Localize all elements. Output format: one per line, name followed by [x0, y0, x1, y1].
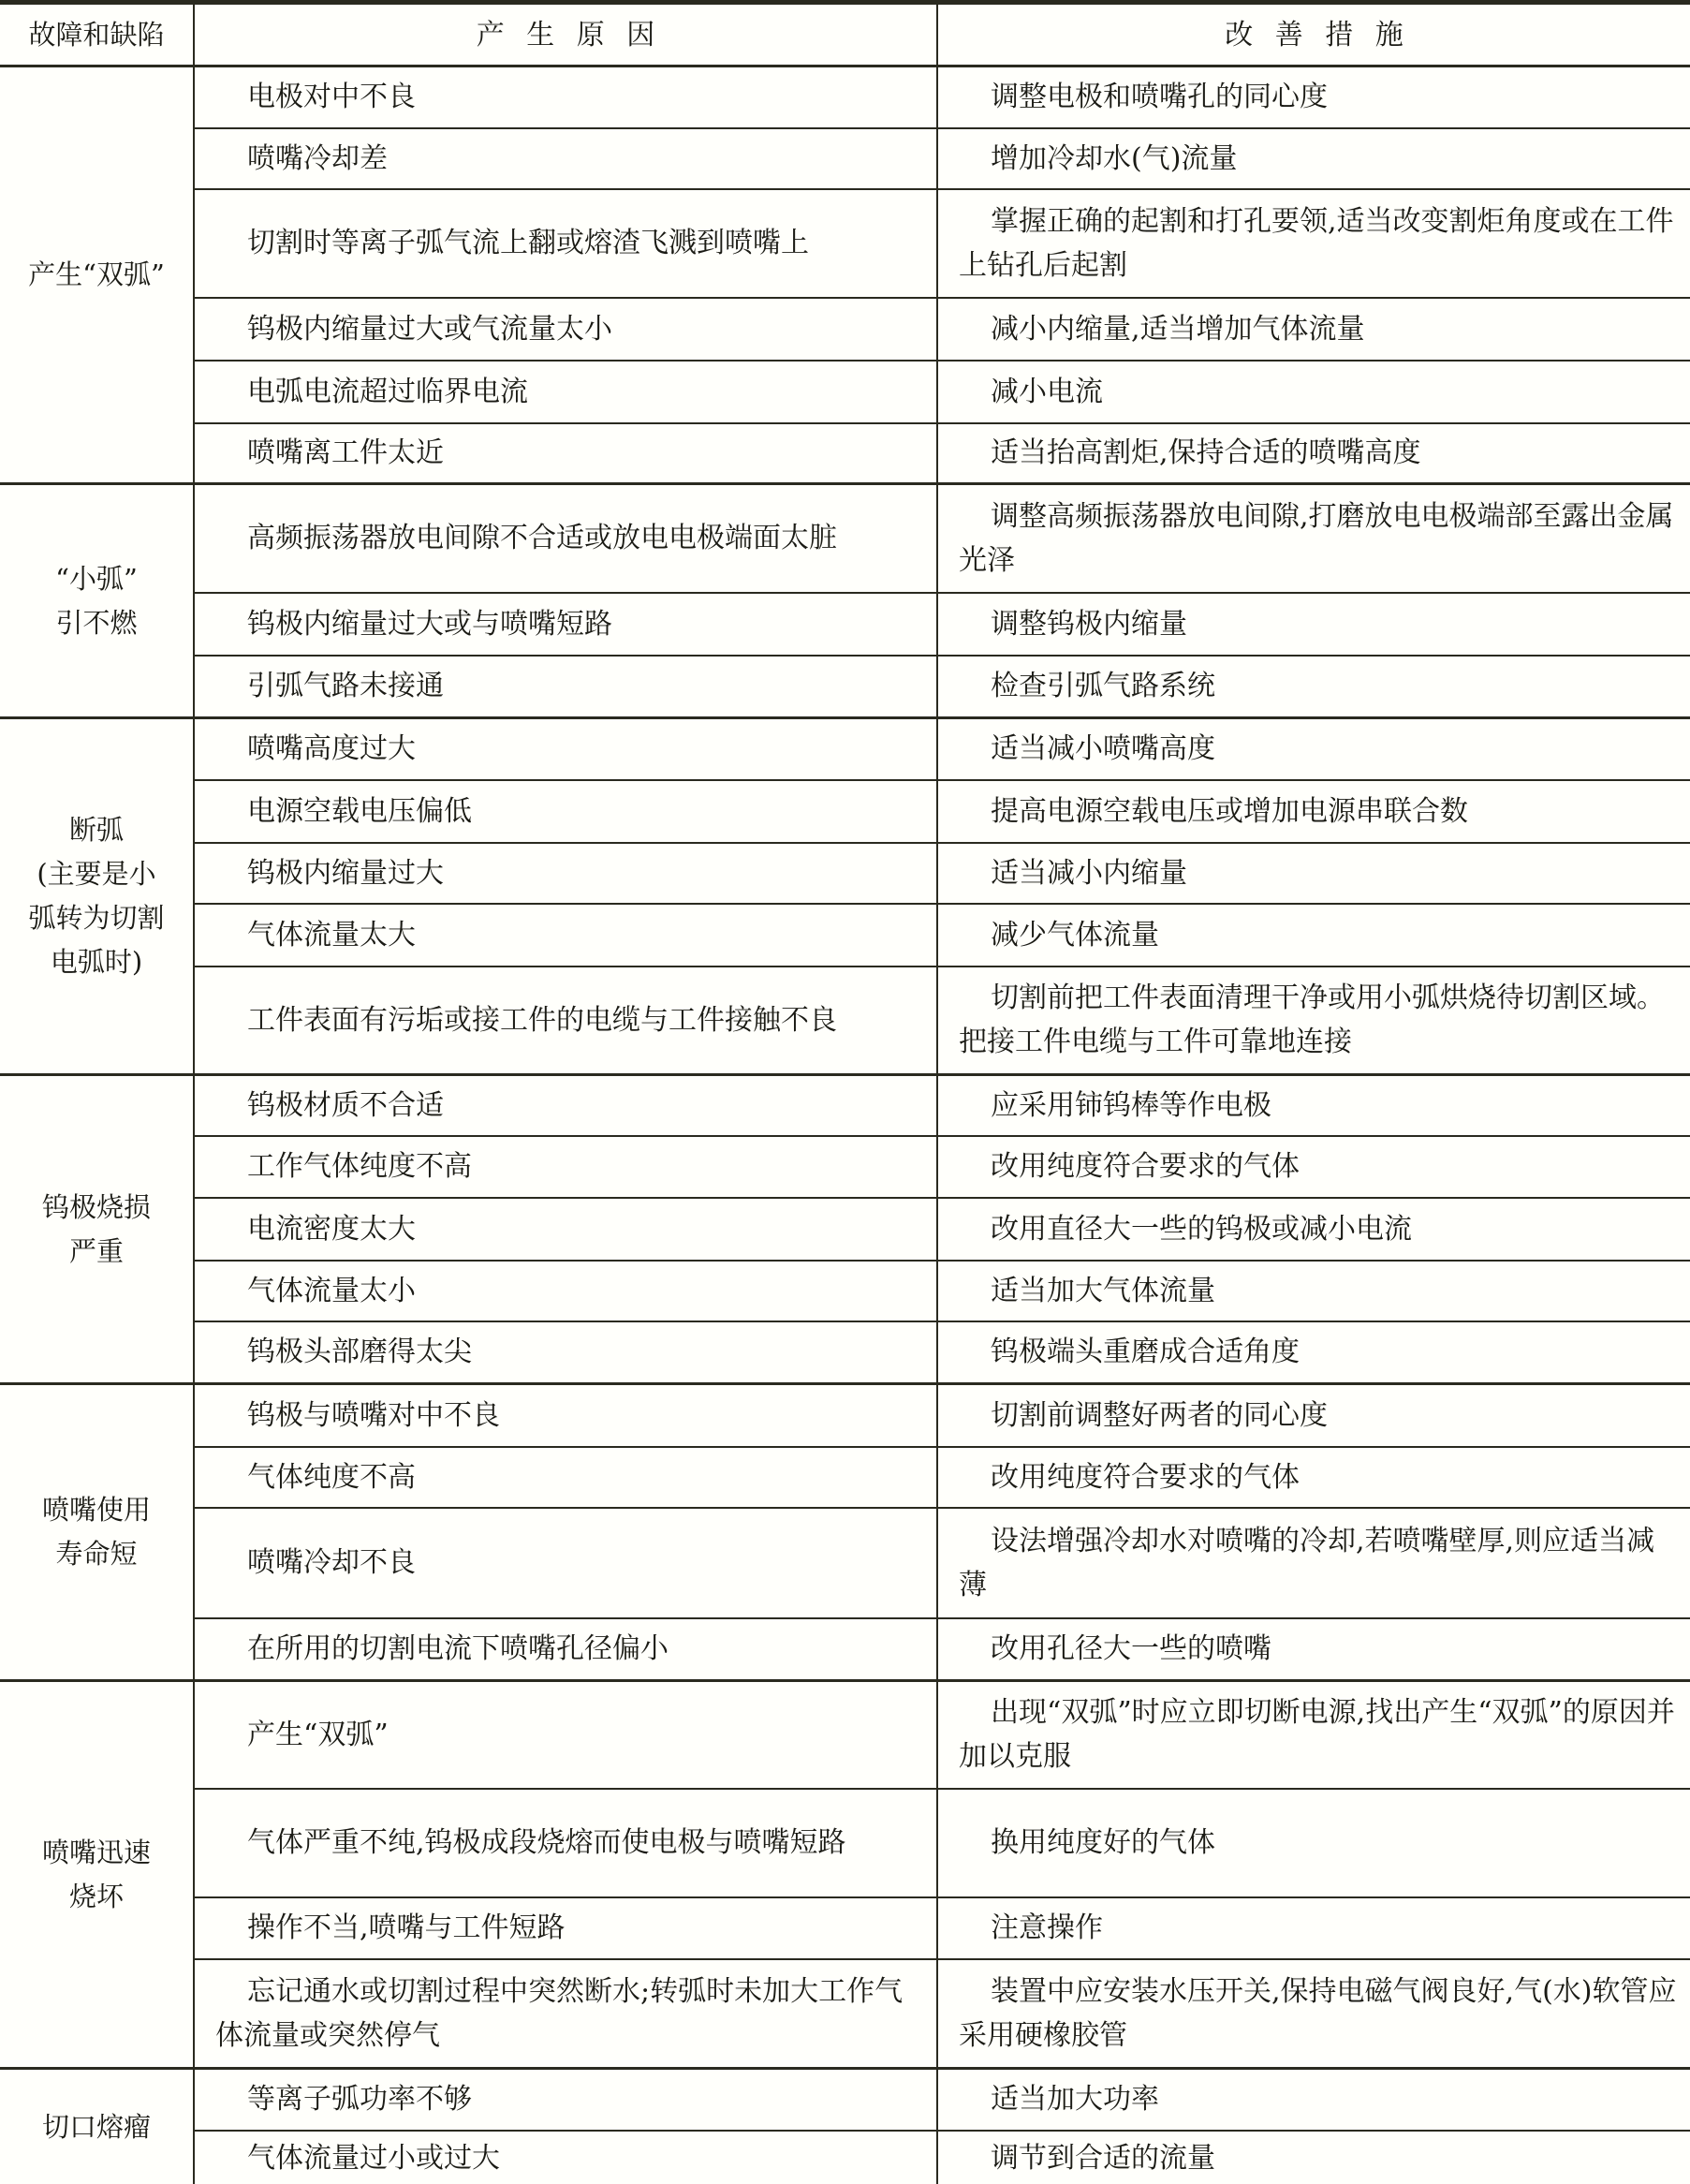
table-row: 断弧(主要是小弧转为切割电弧时)喷嘴高度过大适当减小喷嘴高度 — [0, 718, 1690, 780]
cause-cell: 气体纯度不高 — [194, 1447, 937, 1508]
cause-cell: 电流密度太大 — [194, 1198, 937, 1261]
remedy-cell: 注意操作 — [937, 1897, 1690, 1959]
cause-cell: 气体严重不纯,钨极成段烧熔而使电极与喷嘴短路 — [194, 1789, 937, 1897]
cause-cell: 高频振荡器放电间隙不合适或放电电极端面太脏 — [194, 484, 937, 593]
remedy-cell: 减少气体流量 — [937, 904, 1690, 967]
remedy-cell: 适当减小喷嘴高度 — [937, 718, 1690, 780]
remedy-cell: 检查引弧气路系统 — [937, 656, 1690, 718]
remedy-cell: 调整钨极内缩量 — [937, 593, 1690, 656]
cause-cell: 操作不当,喷嘴与工件短路 — [194, 1897, 937, 1959]
remedy-cell: 钨极端头重磨成合适角度 — [937, 1321, 1690, 1384]
fault-category-line: 断弧 — [6, 808, 187, 852]
table-row: 钨极烧损严重钨极材质不合适应采用铈钨棒等作电极 — [0, 1075, 1690, 1136]
cause-cell: 电极对中不良 — [194, 66, 937, 128]
remedy-cell: 切割前把工件表面清理干净或用小弧烘烧待切割区域。把接工件电缆与工件可靠地连接 — [937, 967, 1690, 1075]
fault-category-line: 烧坏 — [6, 1875, 187, 1919]
table-row: 气体流量太小适当加大气体流量 — [0, 1261, 1690, 1321]
cause-cell: 工作气体纯度不高 — [194, 1136, 937, 1198]
table-row: 钨极内缩量过大适当减小内缩量 — [0, 843, 1690, 904]
table-row: 气体流量太大减少气体流量 — [0, 904, 1690, 967]
fault-category-line: 引不燃 — [6, 601, 187, 645]
cause-cell: 工件表面有污垢或接工件的电缆与工件接触不良 — [194, 967, 937, 1075]
remedy-cell: 换用纯度好的气体 — [937, 1789, 1690, 1897]
fault-category-line: (主要是小 — [6, 852, 187, 896]
column-header-remedy: 改 善 措 施 — [937, 3, 1690, 66]
cause-cell: 引弧气路未接通 — [194, 656, 937, 718]
cause-cell: 忘记通水或切割过程中突然断水;转弧时未加大工作气体流量或突然停气 — [194, 1959, 937, 2069]
cause-cell: 切割时等离子弧气流上翻或熔渣飞溅到喷嘴上 — [194, 189, 937, 298]
table-row: 气体流量过小或过大调节到合适的流量 — [0, 2131, 1690, 2184]
table-row: 切口熔瘤等离子弧功率不够适当加大功率 — [0, 2069, 1690, 2131]
remedy-cell: 调整高频振荡器放电间隙,打磨放电电极端部至露出金属光泽 — [937, 484, 1690, 593]
cause-cell: 电弧电流超过临界电流 — [194, 361, 937, 423]
table-header-row: 故障和缺陷 产 生 原 因 改 善 措 施 — [0, 3, 1690, 66]
table-row: 喷嘴冷却不良设法增强冷却水对喷嘴的冷却,若喷嘴壁厚,则应适当减薄 — [0, 1508, 1690, 1618]
table-row: 气体严重不纯,钨极成段烧熔而使电极与喷嘴短路换用纯度好的气体 — [0, 1789, 1690, 1897]
fault-category-line: 钨极烧损 — [6, 1186, 187, 1230]
cause-cell: 电源空载电压偏低 — [194, 780, 937, 843]
fault-category-line: “小弧” — [6, 557, 187, 601]
remedy-cell: 装置中应安装水压开关,保持电磁气阀良好,气(水)软管应采用硬橡胶管 — [937, 1959, 1690, 2069]
fault-category-line: 严重 — [6, 1230, 187, 1274]
remedy-cell: 适当抬高割炬,保持合适的喷嘴高度 — [937, 423, 1690, 484]
column-header-fault: 故障和缺陷 — [0, 3, 194, 66]
fault-category-cell: 钨极烧损严重 — [0, 1075, 194, 1384]
table-row: “小弧”引不燃高频振荡器放电间隙不合适或放电电极端面太脏调整高频振荡器放电间隙,… — [0, 484, 1690, 593]
table-row: 喷嘴离工件太近适当抬高割炬,保持合适的喷嘴高度 — [0, 423, 1690, 484]
cause-cell: 气体流量太小 — [194, 1261, 937, 1321]
column-header-cause: 产 生 原 因 — [194, 3, 937, 66]
remedy-cell: 减小电流 — [937, 361, 1690, 423]
table-row: 工件表面有污垢或接工件的电缆与工件接触不良切割前把工件表面清理干净或用小弧烘烧待… — [0, 967, 1690, 1075]
fault-category-cell: 断弧(主要是小弧转为切割电弧时) — [0, 718, 194, 1075]
table-row: 工作气体纯度不高改用纯度符合要求的气体 — [0, 1136, 1690, 1198]
remedy-cell: 适当减小内缩量 — [937, 843, 1690, 904]
fault-category-line: 寿命短 — [6, 1532, 187, 1576]
fault-category-line: 弧转为切割 — [6, 896, 187, 940]
remedy-cell: 适当加大气体流量 — [937, 1261, 1690, 1321]
fault-table: 故障和缺陷 产 生 原 因 改 善 措 施 产生“双弧”电极对中不良调整电极和喷… — [0, 0, 1690, 2184]
cause-cell: 喷嘴离工件太近 — [194, 423, 937, 484]
table-row: 钨极头部磨得太尖钨极端头重磨成合适角度 — [0, 1321, 1690, 1384]
table-body: 产生“双弧”电极对中不良调整电极和喷嘴孔的同心度喷嘴冷却差增加冷却水(气)流量切… — [0, 66, 1690, 2184]
cause-cell: 喷嘴高度过大 — [194, 718, 937, 780]
cause-cell: 钨极内缩量过大或与喷嘴短路 — [194, 593, 937, 656]
table-row: 产生“双弧”电极对中不良调整电极和喷嘴孔的同心度 — [0, 66, 1690, 128]
cause-cell: 钨极与喷嘴对中不良 — [194, 1384, 937, 1447]
table-row: 喷嘴使用寿命短钨极与喷嘴对中不良切割前调整好两者的同心度 — [0, 1384, 1690, 1447]
cause-cell: 气体流量过小或过大 — [194, 2131, 937, 2184]
remedy-cell: 改用纯度符合要求的气体 — [937, 1447, 1690, 1508]
fault-category-cell: 喷嘴迅速烧坏 — [0, 1681, 194, 2069]
remedy-cell: 出现“双弧”时应立即切断电源,找出产生“双弧”的原因并加以克服 — [937, 1681, 1690, 1789]
remedy-cell: 改用孔径大一些的喷嘴 — [937, 1618, 1690, 1681]
cause-cell: 钨极内缩量过大 — [194, 843, 937, 904]
table-row: 电弧电流超过临界电流减小电流 — [0, 361, 1690, 423]
table-row: 引弧气路未接通检查引弧气路系统 — [0, 656, 1690, 718]
remedy-cell: 调整电极和喷嘴孔的同心度 — [937, 66, 1690, 128]
cause-cell: 钨极材质不合适 — [194, 1075, 937, 1136]
table-row: 钨极内缩量过大或气流量太小减小内缩量,适当增加气体流量 — [0, 298, 1690, 361]
remedy-cell: 设法增强冷却水对喷嘴的冷却,若喷嘴壁厚,则应适当减薄 — [937, 1508, 1690, 1618]
remedy-cell: 减小内缩量,适当增加气体流量 — [937, 298, 1690, 361]
fault-category-line: 喷嘴迅速 — [6, 1831, 187, 1875]
remedy-cell: 增加冷却水(气)流量 — [937, 128, 1690, 189]
cause-cell: 钨极内缩量过大或气流量太小 — [194, 298, 937, 361]
remedy-cell: 改用直径大一些的钨极或减小电流 — [937, 1198, 1690, 1261]
table-row: 电源空载电压偏低提高电源空载电压或增加电源串联合数 — [0, 780, 1690, 843]
cause-cell: 喷嘴冷却差 — [194, 128, 937, 189]
table-row: 喷嘴冷却差增加冷却水(气)流量 — [0, 128, 1690, 189]
remedy-cell: 切割前调整好两者的同心度 — [937, 1384, 1690, 1447]
fault-category-cell: 喷嘴使用寿命短 — [0, 1384, 194, 1681]
fault-category-cell: “小弧”引不燃 — [0, 484, 194, 718]
remedy-cell: 应采用铈钨棒等作电极 — [937, 1075, 1690, 1136]
table-row: 电流密度太大改用直径大一些的钨极或减小电流 — [0, 1198, 1690, 1261]
cause-cell: 在所用的切割电流下喷嘴孔径偏小 — [194, 1618, 937, 1681]
remedy-cell: 改用纯度符合要求的气体 — [937, 1136, 1690, 1198]
table-row: 气体纯度不高改用纯度符合要求的气体 — [0, 1447, 1690, 1508]
fault-category-line: 电弧时) — [6, 940, 187, 984]
table-row: 在所用的切割电流下喷嘴孔径偏小改用孔径大一些的喷嘴 — [0, 1618, 1690, 1681]
table-row: 钨极内缩量过大或与喷嘴短路调整钨极内缩量 — [0, 593, 1690, 656]
table-row: 喷嘴迅速烧坏产生“双弧”出现“双弧”时应立即切断电源,找出产生“双弧”的原因并加… — [0, 1681, 1690, 1789]
cause-cell: 钨极头部磨得太尖 — [194, 1321, 937, 1384]
remedy-cell: 适当加大功率 — [937, 2069, 1690, 2131]
remedy-cell: 调节到合适的流量 — [937, 2131, 1690, 2184]
cause-cell: 气体流量太大 — [194, 904, 937, 967]
table-row: 忘记通水或切割过程中突然断水;转弧时未加大工作气体流量或突然停气装置中应安装水压… — [0, 1959, 1690, 2069]
table-row: 操作不当,喷嘴与工件短路注意操作 — [0, 1897, 1690, 1959]
fault-category-line: 喷嘴使用 — [6, 1488, 187, 1532]
fault-category-cell: 切口熔瘤 — [0, 2069, 194, 2184]
cause-cell: 喷嘴冷却不良 — [194, 1508, 937, 1618]
cause-cell: 等离子弧功率不够 — [194, 2069, 937, 2131]
cause-cell: 产生“双弧” — [194, 1681, 937, 1789]
remedy-cell: 提高电源空载电压或增加电源串联合数 — [937, 780, 1690, 843]
remedy-cell: 掌握正确的起割和打孔要领,适当改变割炬角度或在工件上钻孔后起割 — [937, 189, 1690, 298]
fault-category-cell: 产生“双弧” — [0, 66, 194, 484]
table-row: 切割时等离子弧气流上翻或熔渣飞溅到喷嘴上掌握正确的起割和打孔要领,适当改变割炬角… — [0, 189, 1690, 298]
